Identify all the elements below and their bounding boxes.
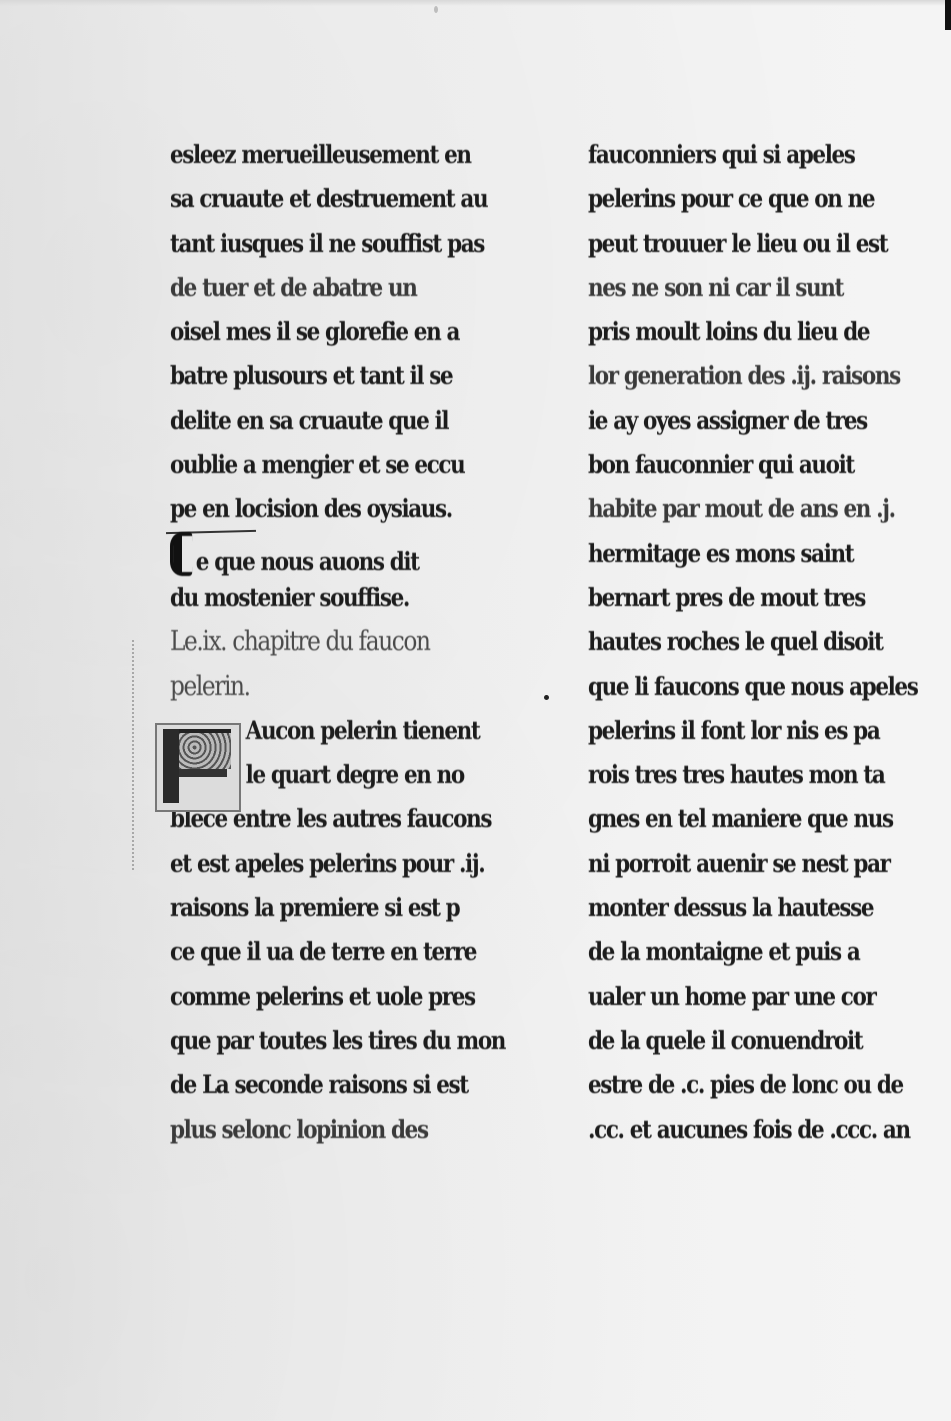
margin-flourish-decoration (132, 640, 154, 870)
text-line: et est apeles pelerins pour .ij. (170, 842, 505, 886)
illuminated-initial-f (155, 723, 241, 812)
page-top-edge (0, 0, 951, 6)
text-line: delite en sa cruaute que il (170, 399, 505, 443)
text-line: de La seconde raisons si est (170, 1063, 505, 1107)
text-line: ualer un home par une cor (588, 975, 898, 1019)
text-line: de la montaigne et puis a (588, 930, 898, 974)
text-line: que li faucons que nous apeles (588, 665, 898, 709)
text-line: de tuer et de abatre un (170, 266, 505, 310)
text-line: pelerins il font lor nis es pa (588, 709, 898, 753)
paragraph-initial-c (170, 532, 192, 576)
chapter-heading: pelerin. (170, 665, 505, 709)
text-line: de la quele il conuendroit (588, 1019, 898, 1063)
text-line: sa cruaute et destruement au (170, 177, 505, 221)
text-line: ce que il ua de terre en terre (170, 930, 505, 974)
text-line: pe en locision des oysiaus. (170, 487, 505, 531)
text-line: e que nous auons dit (196, 547, 419, 576)
text-line: batre plusours et tant il se (170, 354, 505, 398)
text-line: lor generation des .ij. raisons (588, 354, 898, 398)
text-line: que par toutes les tires du mon (170, 1019, 505, 1063)
text-line: nes ne son ni car il sunt (588, 266, 898, 310)
text-line: pris moult loins du lieu de (588, 310, 898, 354)
text-line: pelerins pour ce que on ne (588, 177, 898, 221)
text-line: oublie a mengier et se eccu (170, 443, 505, 487)
text-line: peut trouuer le lieu ou il est (588, 222, 898, 266)
initial-stem (163, 729, 179, 803)
text-line: plus selonc lopinion des (170, 1108, 505, 1152)
manuscript-page: esleez merueilleusement en sa cruaute et… (0, 0, 951, 1421)
initial-decorated-bar (179, 729, 231, 769)
text-line: hermitage es mons saint (588, 532, 898, 576)
text-line: gnes en tel maniere que nus (588, 797, 898, 841)
text-line: ie ay oyes assigner de tres (588, 399, 898, 443)
paragraph-start-line: e que nous auons dit (170, 532, 505, 576)
text-line: monter dessus la hautesse (588, 886, 898, 930)
text-line: oisel mes il se glorefie en a (170, 310, 505, 354)
text-line: fauconniers qui si apeles (588, 133, 898, 177)
text-line: bon fauconnier qui auoit (588, 443, 898, 487)
text-line: estre de .c. pies de lonc ou de (588, 1063, 898, 1107)
text-line: bernart pres de mout tres (588, 576, 898, 620)
text-line: tant iusques il ne souffist pas (170, 222, 505, 266)
page-corner-shadow (945, 0, 951, 30)
initial-middle-bar (179, 769, 227, 777)
text-line: .cc. et aucunes fois de .ccc. an (588, 1108, 898, 1152)
text-column-right: fauconniers qui si apeles pelerins pour … (588, 133, 948, 1152)
parchment-speck (434, 6, 438, 13)
chapter-heading: Le.ix. chapitre du faucon (170, 620, 505, 664)
text-line: habite par mout de ans en .j. (588, 487, 898, 531)
text-line: rois tres tres hautes mon ta (588, 753, 898, 797)
text-line: raisons la premiere si est p (170, 886, 505, 930)
text-line: comme pelerins et uole pres (170, 975, 505, 1019)
text-column-left: esleez merueilleusement en sa cruaute et… (170, 133, 560, 1152)
text-line: esleez merueilleusement en (170, 133, 505, 177)
text-line: du mostenier souffise. (170, 576, 505, 620)
text-line: ni porroit auenir se nest par (588, 842, 898, 886)
text-line: hautes roches le quel disoit (588, 620, 898, 664)
